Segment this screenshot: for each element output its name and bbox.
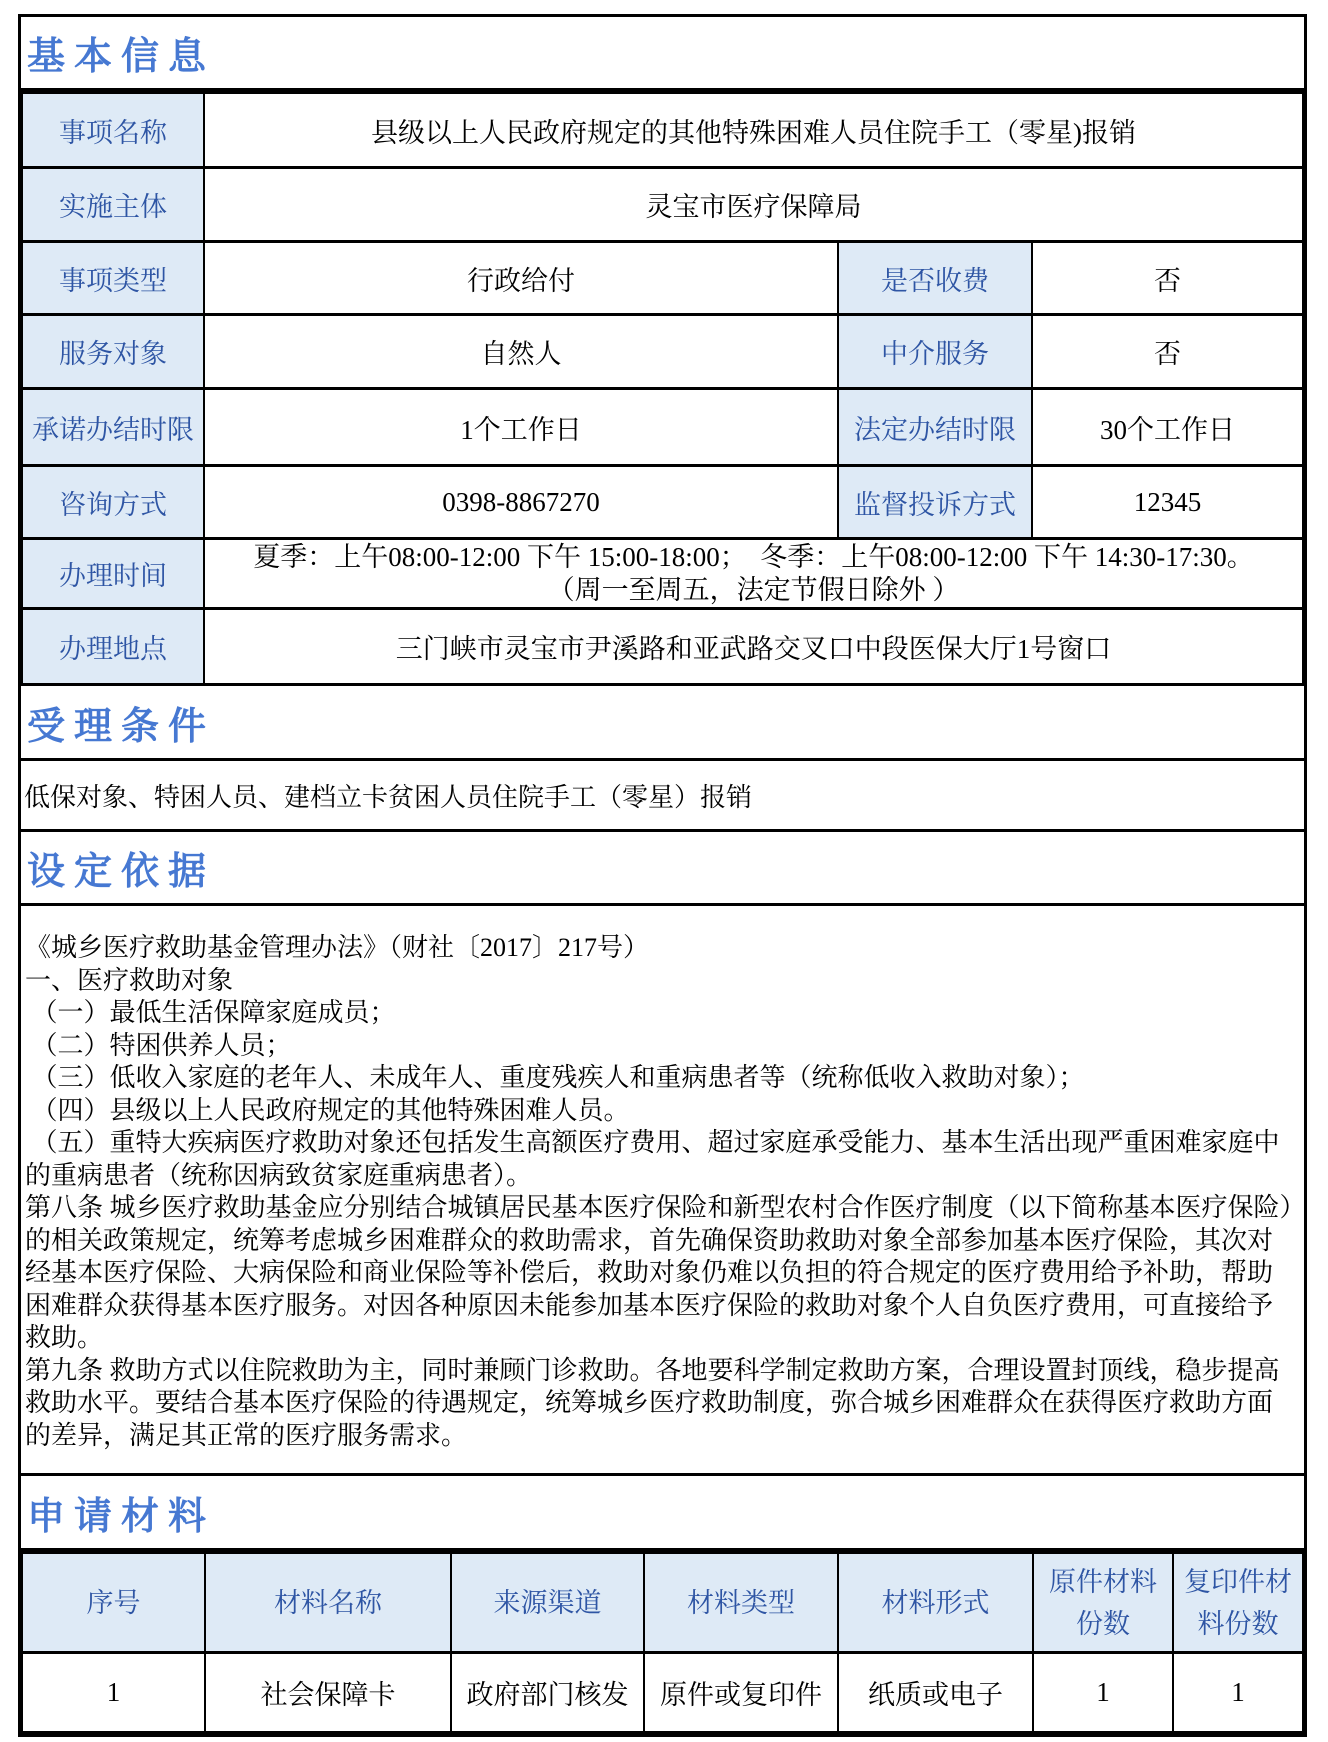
- value-intermediary-service: 否: [1032, 315, 1303, 389]
- legal-paragraph: 第八条 城乡医疗救助基金应分别结合城镇居民基本医疗保险和新型农村合作医疗制度（以…: [25, 1192, 1294, 1355]
- legal-paragraph: 一、医疗救助对象: [25, 965, 1294, 998]
- section-title-application-materials: 申请材料: [21, 1476, 1304, 1551]
- legal-paragraph: （一）最低生活保障家庭成员；: [25, 997, 1294, 1030]
- cell-material-form: 纸质或电子: [838, 1653, 1033, 1733]
- table-row: 办理时间 夏季：上午08:00-12:00 下午 15:00-18:00； 冬季…: [22, 539, 1303, 609]
- value-service-location: 三门峡市灵宝市尹溪路和亚武路交叉口中段医保大厅1号窗口: [204, 609, 1303, 685]
- cell-source-channel: 政府部门核发: [451, 1653, 644, 1733]
- value-charge-flag: 否: [1032, 242, 1303, 315]
- value-promised-time-limit: 1个工作日: [204, 389, 838, 466]
- label-statutory-time-limit: 法定办结时限: [838, 389, 1032, 466]
- label-service-target: 服务对象: [22, 315, 204, 389]
- service-hours-line1: 夏季：上午08:00-12:00 下午 15:00-18:00； 冬季：上午08…: [209, 541, 1298, 574]
- legal-paragraph: （三）低收入家庭的老年人、未成年人、重度残疾人和重病患者等（统称低收入救助对象）…: [25, 1062, 1294, 1095]
- table-row: 承诺办结时限 1个工作日 法定办结时限 30个工作日: [22, 389, 1303, 466]
- label-item-type: 事项类型: [22, 242, 204, 315]
- service-item-document: 基本信息 事项名称 县级以上人民政府规定的其他特殊困难人员住院手工（零星)报销 …: [18, 14, 1307, 1737]
- basic-info-table: 事项名称 县级以上人民政府规定的其他特殊困难人员住院手工（零星)报销 实施主体 …: [21, 91, 1304, 686]
- header-source-channel: 来源渠道: [451, 1553, 644, 1653]
- label-service-hours: 办理时间: [22, 539, 204, 609]
- legal-paragraph: （二）特困供养人员；: [25, 1030, 1294, 1063]
- header-material-name: 材料名称: [205, 1553, 451, 1653]
- label-item-name: 事项名称: [22, 93, 204, 168]
- value-service-hours: 夏季：上午08:00-12:00 下午 15:00-18:00； 冬季：上午08…: [204, 539, 1303, 609]
- table-row: 事项类型 行政给付 是否收费 否: [22, 242, 1303, 315]
- table-row: 咨询方式 0398-8867270 监督投诉方式 12345: [22, 466, 1303, 539]
- header-material-type: 材料类型: [644, 1553, 838, 1653]
- label-charge-flag: 是否收费: [838, 242, 1032, 315]
- value-item-type: 行政给付: [204, 242, 838, 315]
- section-title-acceptance-conditions: 受理条件: [21, 686, 1304, 761]
- legal-paragraph: 《城乡医疗救助基金管理办法》（财社〔2017〕217号）: [25, 932, 1294, 965]
- cell-original-copies: 1: [1033, 1653, 1173, 1733]
- acceptance-conditions-content: 低保对象、特困人员、建档立卡贫困人员住院手工（零星）报销: [21, 761, 1304, 832]
- legal-paragraph: （四）县级以上人民政府规定的其他特殊困难人员。: [25, 1095, 1294, 1128]
- section-title-basic-info: 基本信息: [21, 17, 1304, 91]
- header-seq-no: 序号: [22, 1553, 205, 1653]
- header-photocopy-copies: 复印件材料份数: [1173, 1553, 1303, 1653]
- cell-material-type: 原件或复印件: [644, 1653, 838, 1733]
- legal-paragraph: （五）重特大疾病医疗救助对象还包括发生高额医疗费用、超过家庭承受能力、基本生活出…: [25, 1127, 1294, 1192]
- value-item-name: 县级以上人民政府规定的其他特殊困难人员住院手工（零星)报销: [204, 93, 1303, 168]
- materials-data-row: 1 社会保障卡 政府部门核发 原件或复印件 纸质或电子 1 1: [22, 1653, 1303, 1733]
- cell-seq-no: 1: [22, 1653, 205, 1733]
- application-materials-table: 序号 材料名称 来源渠道 材料类型 材料形式 原件材料份数 复印件材料份数 1 …: [21, 1551, 1304, 1734]
- cell-photocopy-copies: 1: [1173, 1653, 1303, 1733]
- legal-basis-content: 《城乡医疗救助基金管理办法》（财社〔2017〕217号） 一、医疗救助对象 （一…: [21, 906, 1304, 1476]
- label-consult-phone: 咨询方式: [22, 466, 204, 539]
- cell-material-name: 社会保障卡: [205, 1653, 451, 1733]
- value-service-target: 自然人: [204, 315, 838, 389]
- label-implementing-body: 实施主体: [22, 168, 204, 242]
- header-original-copies: 原件材料份数: [1033, 1553, 1173, 1653]
- table-row: 办理地点 三门峡市灵宝市尹溪路和亚武路交叉口中段医保大厅1号窗口: [22, 609, 1303, 685]
- value-complaint-phone: 12345: [1032, 466, 1303, 539]
- service-hours-line2: （周一至周五，法定节假日除外 ）: [209, 574, 1298, 607]
- value-consult-phone: 0398-8867270: [204, 466, 838, 539]
- section-title-legal-basis: 设定依据: [21, 832, 1304, 906]
- header-material-form: 材料形式: [838, 1553, 1033, 1653]
- label-intermediary-service: 中介服务: [838, 315, 1032, 389]
- materials-header-row: 序号 材料名称 来源渠道 材料类型 材料形式 原件材料份数 复印件材料份数: [22, 1553, 1303, 1653]
- table-row: 实施主体 灵宝市医疗保障局: [22, 168, 1303, 242]
- value-statutory-time-limit: 30个工作日: [1032, 389, 1303, 466]
- label-complaint-phone: 监督投诉方式: [838, 466, 1032, 539]
- table-row: 服务对象 自然人 中介服务 否: [22, 315, 1303, 389]
- table-row: 事项名称 县级以上人民政府规定的其他特殊困难人员住院手工（零星)报销: [22, 93, 1303, 168]
- label-promised-time-limit: 承诺办结时限: [22, 389, 204, 466]
- label-service-location: 办理地点: [22, 609, 204, 685]
- legal-paragraph: 第九条 救助方式以住院救助为主，同时兼顾门诊救助。各地要科学制定救助方案，合理设…: [25, 1355, 1294, 1453]
- value-implementing-body: 灵宝市医疗保障局: [204, 168, 1303, 242]
